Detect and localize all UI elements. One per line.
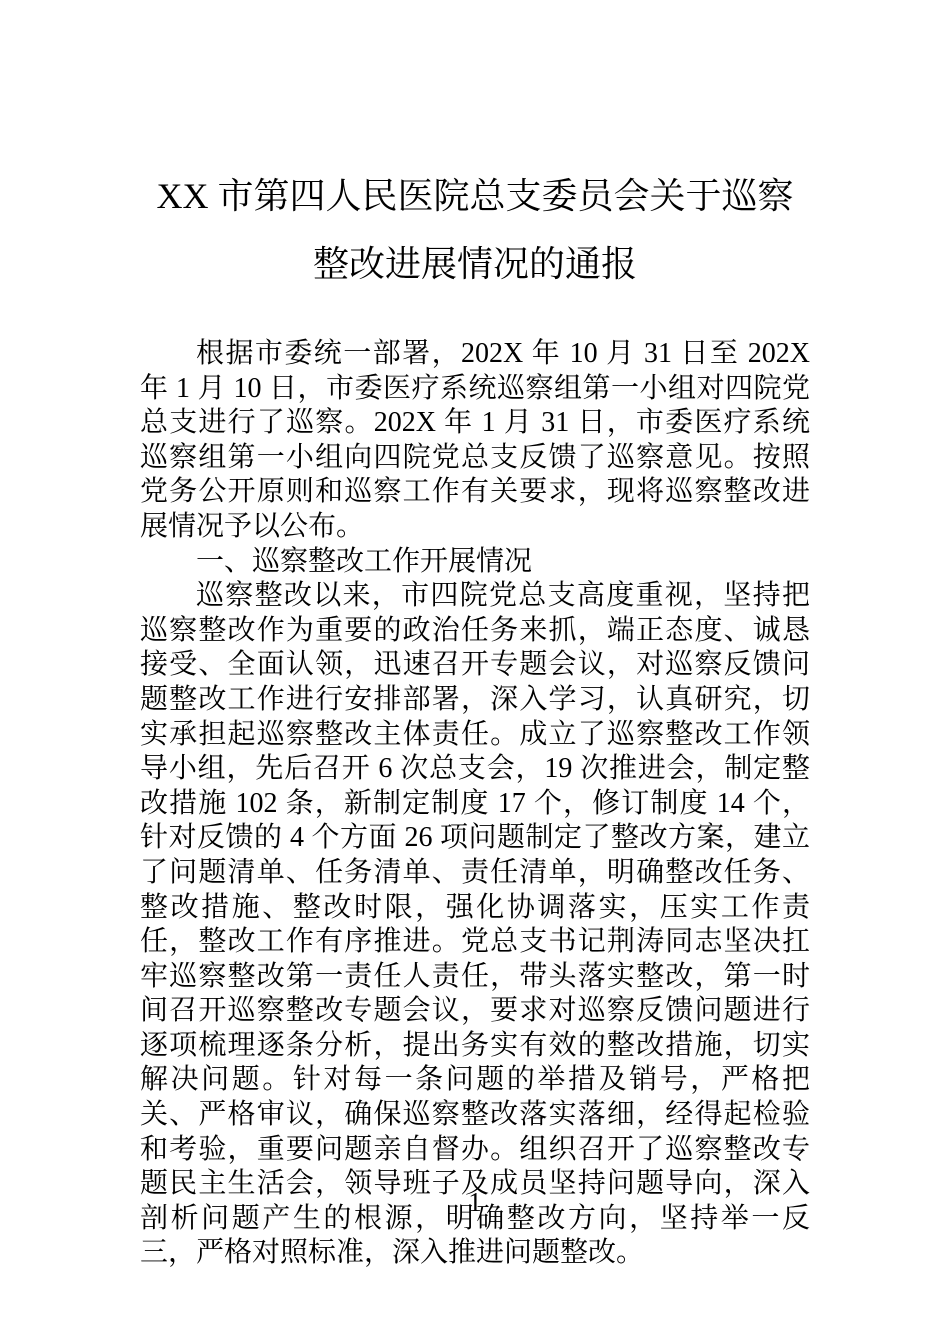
document-content: XX 市第四人民医院总支委员会关于巡察整改进展情况的通报 根据市委统一部署，20…	[140, 0, 810, 1271]
document-page: XX 市第四人民医院总支委员会关于巡察整改进展情况的通报 根据市委统一部署，20…	[0, 0, 950, 1344]
page-number: 1	[0, 1186, 950, 1218]
paragraph-section-1-body: 巡察整改以来，市四院党总支高度重视，坚持把巡察整改作为重要的政治任务来抓，端正态…	[140, 579, 810, 1271]
paragraph-intro: 根据市委统一部署，202X 年 10 月 31 日至 202X 年 1 月 10…	[140, 337, 810, 545]
document-title-text: XX 市第四人民医院总支委员会关于巡察整改进展情况的通报	[157, 176, 794, 284]
document-title: XX 市第四人民医院总支委员会关于巡察整改进展情况的通报	[140, 162, 810, 298]
section-heading-1: 一、巡察整改工作开展情况	[140, 545, 810, 580]
